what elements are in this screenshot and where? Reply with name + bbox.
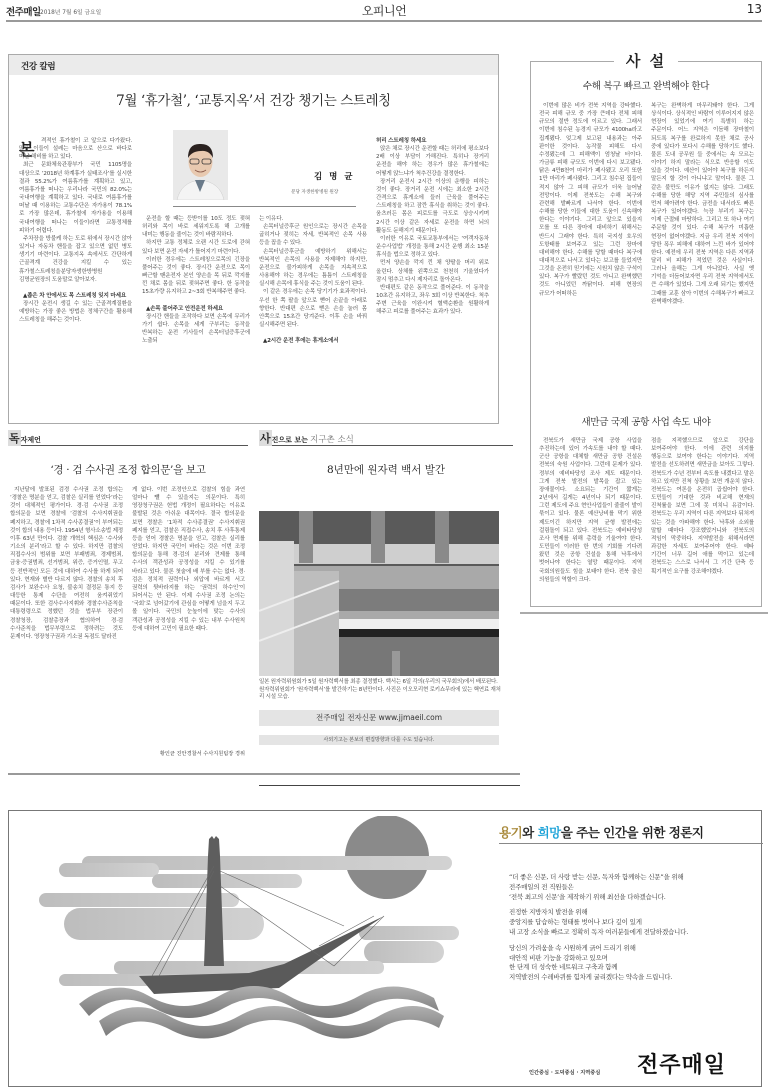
newspaper-ad: 용기와 희망을 주는 인간을 위한 정론지 “더 좋은 신문, 더 사랑 받는 … [8, 810, 762, 1087]
e-paper-link[interactable]: 전주매일 전자신문 www.jjmaeil.com [259, 710, 499, 726]
ad-body: “더 좋은 신문, 더 사랑 받는 신문, 독자와 함께하는 신문”을 위해 전… [509, 873, 759, 983]
page-number: 13 [747, 2, 762, 16]
article-subhead: ▲2시간 운전 후에는 휴게소에서 [259, 337, 367, 345]
paper-name: 전주매일 [6, 4, 41, 18]
article-subhead: ▲좁은 차 안에서도 목 스트레칭 잊지 마세요 [19, 292, 132, 300]
photo-divider [173, 206, 356, 207]
editorial-box: 사 설 수해 복구 빠르고 완벽해야 한다 이번에 많은 비가 전북 지역을 강… [530, 61, 762, 607]
health-column: 건강 칼럼 7월 ‘휴가철’, ‘교통지옥’서 건강 챙기는 스트레칭 본 격적… [8, 54, 499, 424]
ship-illustration [34, 816, 474, 1046]
disclaimer: 사외기고는 본보의 편집방향과 다를 수도 있습니다. [259, 735, 499, 745]
paper-logo: 전주매일 [637, 1048, 726, 1079]
editorial-label: 사 설 [614, 52, 678, 70]
divider [520, 612, 768, 614]
author-name: 김 명 균 [314, 170, 355, 182]
article-headline: 8년만에 원자력 백서 발간 [259, 462, 513, 477]
editorial-headline-1: 수해 복구 빠르고 완벽해야 한다 [531, 78, 761, 92]
slogan-rule [499, 843, 763, 844]
editorial-1-column-2: 복구는 완벽하게 마무리돼야 한다. 그게 상식이다. 상식적인 바람이 이루어… [651, 102, 754, 392]
article-subhead: ▲손목 풀어주고 안전운전 하세요 [142, 305, 250, 313]
article-headline: ‘경 · 검 수사권 조정 합의문’을 보고 [8, 462, 248, 477]
section-title: 오피니언 [6, 2, 762, 19]
article-column-2: 운전을 할 때는 등받이를 10도 정도 젖혀 허리와 목이 바로 세워지도록 … [142, 215, 250, 422]
reader-signature: 황인균 진안경찰서 수사지원팀장 경위 [132, 750, 245, 757]
divider [259, 785, 520, 786]
article-column-3: 는 이유다. 손목터널증후군 원인으로는 장시간 손목을 굽히거나 젖히는 자세… [259, 215, 367, 422]
ad-tagline: 인간중심 · 도덕중심 · 지역중심 [529, 1069, 600, 1076]
section-label: 사진으로 보는 지구촌 소식 [259, 430, 513, 446]
editorial-2-column-2: 점을 지적했으므로 앞으로 강단을 보여주어야 한다. 이에 관련 의지를 행동… [651, 437, 754, 602]
section-label: 독자제언 [8, 430, 248, 446]
editorial-2-column-1: 전북도가 새만금 국제 공항 사업을 추진하는데 있어 가속도를 내야 할 때다… [539, 437, 642, 602]
ad-slogan: 용기와 희망을 주는 인간을 위한 정론지 [499, 823, 703, 841]
article-column-1: 격적인 휴가철이 코 앞으로 다가왔다. 많은 이들이 설레는 마음으로 산으로… [19, 137, 132, 422]
column-label: 건강 칼럼 [21, 60, 55, 72]
editorial-1-column-1: 이번에 많은 비가 전북 지역을 강타했다. 전국 피해 규모 중 가장 큰데다… [539, 102, 642, 392]
masthead: 오피니언 전주매일 2018년 7월 6일 금요일 13 [6, 2, 762, 22]
header-rule [6, 20, 762, 22]
article-headline: 7월 ‘휴가철’, ‘교통지옥’서 건강 챙기는 스트레칭 [9, 89, 498, 109]
reader-opinion-section: 독자제언 ‘경 · 검 수사권 조정 합의문’을 보고 [8, 430, 248, 446]
column-label-bar: 건강 칼럼 [9, 55, 498, 75]
photo-news-section: 사진으로 보는 지구촌 소식 8년만에 원자력 백서 발간 [259, 430, 513, 446]
photo-caption: 일본 원자력위원회가 5일 원자력백서를 최종 결정했다. 백서는 6일 각의(… [259, 679, 501, 702]
author-role: 분당 자생한방병원 원장 [291, 189, 338, 195]
editorial-headline-2: 새만금 국제 공항 사업 속도 내야 [531, 414, 761, 428]
issue-date: 2018년 7월 6일 금요일 [40, 7, 101, 16]
article-column-4: 허리 스트레칭 하세요 앉은 채로 장시간 운전할 때는 허리에 평소보다 2배… [376, 137, 489, 422]
reader-column-2: 게 없다. 이번 조정안으로 검찰의 힘을 과연 얼마나 뺄 수 있을지는 의문… [132, 486, 245, 750]
author-photo [173, 130, 228, 200]
reader-column-1: 지난달에 발표된 검경 수사권 조정 합의는 ‘경찰은 명분을 얻고, 검찰은 … [10, 486, 123, 758]
news-photo [259, 511, 499, 676]
divider [8, 773, 520, 775]
